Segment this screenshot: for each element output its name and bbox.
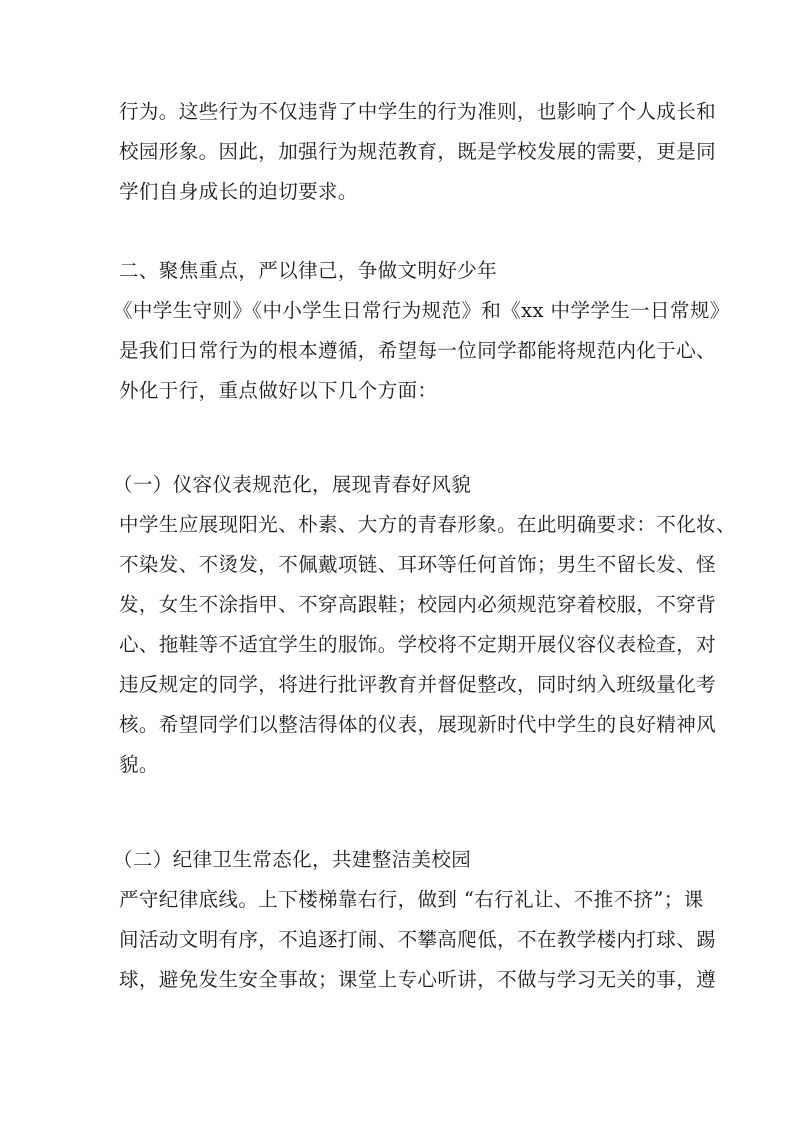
body-text-line: 外化于行，重点做好以下几个方面： bbox=[119, 377, 679, 405]
body-text-line: 严守纪律底线。上下楼梯靠右行，做到 “右行礼让、不推不挤”；课 bbox=[119, 886, 679, 914]
body-text-line: 心、拖鞋等不适宜学生的服饰。学校将不定期开展仪容仪表检查，对 bbox=[119, 631, 679, 659]
body-text-line: 貌。 bbox=[119, 751, 679, 779]
section-heading: 二、聚焦重点，严以律己，争做文明好少年 bbox=[119, 257, 679, 285]
body-text-line: 行为。这些行为不仅违背了中学生的行为准则，也影响了个人成长和 bbox=[119, 98, 679, 126]
body-text-line: 发，女生不涂指甲、不穿高跟鞋；校园内必须规范穿着校服，不穿背 bbox=[119, 591, 679, 619]
body-text-line: 不染发、不烫发，不佩戴项链、耳环等任何首饰；男生不留长发、怪 bbox=[119, 551, 679, 579]
body-text-line: 《中学生守则》《中小学生日常行为规范》和《xx 中学学生一日常规》 bbox=[113, 297, 679, 325]
document-page: 行为。这些行为不仅违背了中学生的行为准则，也影响了个人成长和 校园形象。因此，加… bbox=[0, 0, 793, 1122]
body-text-line: 校园形象。因此，加强行为规范教育，既是学校发展的需要，更是同 bbox=[119, 138, 679, 166]
body-text-line: 是我们日常行为的根本遵循，希望每一位同学都能将规范内化于心、 bbox=[119, 337, 679, 365]
subsection-heading: （二）纪律卫生常态化，共建整洁美校园 bbox=[113, 846, 673, 874]
subsection-heading: （一）仪容仪表规范化，展现青春好风貌 bbox=[113, 471, 673, 499]
body-text-line: 学们自身成长的迫切要求。 bbox=[119, 178, 679, 206]
body-text-line: 核。希望同学们以整洁得体的仪表，展现新时代中学生的良好精神风 bbox=[119, 711, 679, 739]
body-text-line: 球，避免发生安全事故；课堂上专心听讲，不做与学习无关的事，遵 bbox=[119, 966, 679, 994]
body-text-line: 中学生应展现阳光、朴素、大方的青春形象。在此明确要求：不化妆、 bbox=[119, 511, 679, 539]
body-text-line: 间活动文明有序，不追逐打闹、不攀高爬低，不在教学楼内打球、踢 bbox=[119, 926, 679, 954]
body-text-line: 违反规定的同学，将进行批评教育并督促整改，同时纳入班级量化考 bbox=[119, 671, 679, 699]
